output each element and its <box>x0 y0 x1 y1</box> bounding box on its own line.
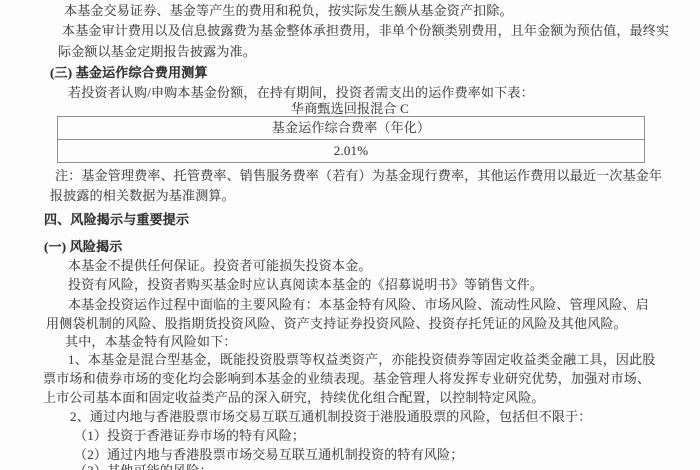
fee-rate-table-value-cell: 2.01% <box>58 140 644 162</box>
fee-paragraph-line: 本基金交易证券、基金等产生的费用和税负，按实际发生额从基金资产扣除。 <box>64 3 513 18</box>
fee-rate-table: 基金运作综合费率（年化） 2.01% <box>57 116 645 163</box>
fund-share-class-name: 华商甄选回报混合 C <box>0 101 700 116</box>
risk-body-line: 本基金不提供任何保证。投资者可能损失投资本金。 <box>68 258 372 273</box>
risk-body-line: 投资有风险，投资者购买基金时应认真阅读本基金的《招募说明书》等销售文件。 <box>68 277 543 292</box>
section-heading-fee-estimate: (三) 基金运作综合费用测算 <box>50 65 208 80</box>
fee-paragraph-line: 际金额以基金定期报告披露为准。 <box>58 44 256 59</box>
section-heading-risk-disclosure: 四、风险揭示与重要提示 <box>44 212 189 227</box>
fee-paragraph-line: 本基金审计费用以及信息披露费为基金整体承担费用，非单个份额类别费用，且年金额为预… <box>62 23 669 38</box>
fee-rate-table-header-cell: 基金运作综合费率（年化） <box>58 117 644 140</box>
risk-sub-item-line: （2）通过内地与香港股票市场交易互联互通机制投资的特有风险； <box>74 447 464 462</box>
risk-body-line: 1、本基金是混合型基金，既能投资股票等权益类资产，亦能投资债券等固定收益类金融工… <box>68 352 656 367</box>
subsection-heading-risk-reveal: (一) 风险揭示 <box>44 239 123 254</box>
risk-body-line: 2、通过内地与香港股票市场交易互联互通机制投资于港股通股票的风险，包括但不限于： <box>70 409 592 424</box>
risk-body-line: 上市公司基本面和固定收益类产品的深入研究，持续优化组合配置，以控制特定风险。 <box>43 390 545 405</box>
risk-sub-item-line: （1）投资于香港证券市场的特有风险； <box>74 428 305 443</box>
risk-body-line: 其中，本基金特有风险如下： <box>65 334 237 349</box>
fee-table-note-line: 注：基金管理费率、托管费率、销售服务费率（若有）为基金现行费率，其他运作费用以最… <box>55 168 662 183</box>
fee-table-note-line: 报披露的相关数据为基准测算。 <box>50 188 235 203</box>
risk-body-line: 本基金投资运作过程中面临的主要风险有：本基金特有风险、市场风险、流动性风险、管理… <box>68 297 649 312</box>
fee-table-intro-line: 若投资者认购/申购本基金份额，在持有期间，投资者需支出的运作费率如下表： <box>68 85 534 100</box>
risk-body-line: 用侧袋机制的风险、股指期货投资风险、资产支持证券投资风险、投资存托凭证的风险及其… <box>46 316 627 331</box>
scanned-fund-document-page: 本基金交易证券、基金等产生的费用和税负，按实际发生额从基金资产扣除。 本基金审计… <box>0 0 700 470</box>
risk-sub-item-line: （3）其他可能的风险； <box>74 463 213 470</box>
risk-body-line: 票市场和债券市场的变化均会影响到本基金的业绩表现。基金管理人将发挥专业研究优势，… <box>43 371 650 386</box>
